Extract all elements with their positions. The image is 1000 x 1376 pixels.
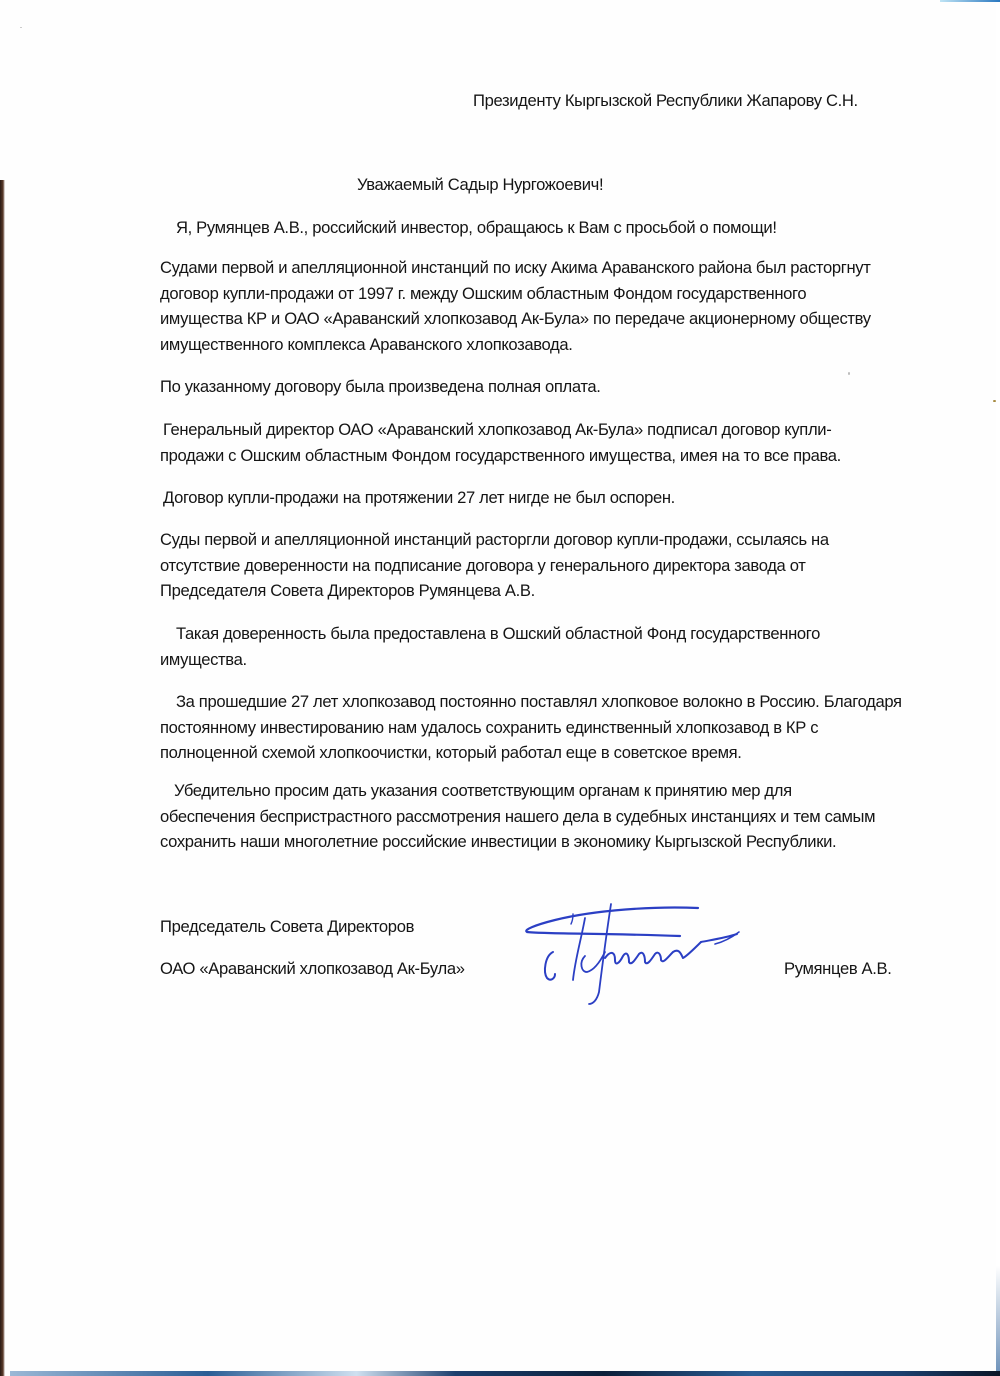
- signatory-company: ОАО «Араванский хлопкозавод Ак-Була»: [160, 956, 465, 982]
- paragraph-investment-history: За прошедшие 27 лет хлопкозавод постоянн…: [160, 689, 902, 766]
- paragraph-power-of-attorney-reason: Суды первой и апелляционной инстанций ра…: [160, 527, 829, 604]
- paragraph-power-of-attorney-provided: Такая доверенность была предоставлена в …: [160, 621, 820, 672]
- paragraph-line: Генеральный директор ОАО «Араванский хло…: [160, 417, 841, 443]
- paragraph-line: Судами первой и апелляционной инстанций …: [160, 255, 871, 281]
- scanned-letter-page: Президенту Кыргызской Республики Жапаров…: [0, 0, 1000, 1376]
- paragraph-line: договор купли-продажи от 1997 г. между О…: [160, 281, 871, 307]
- scan-speck: [20, 27, 22, 28]
- signatory-title: Председатель Совета Директоров: [160, 914, 414, 940]
- letter-intro: Я, Румянцев А.В., российский инвестор, о…: [176, 215, 777, 241]
- letter-greeting: Уважаемый Садыр Нургожоевич!: [357, 172, 603, 198]
- paragraph-line: имущества.: [160, 647, 820, 673]
- paragraph-line: По указанному договору была произведена …: [160, 374, 601, 400]
- paragraph-line: продажи с Ошским областным Фондом госуда…: [160, 443, 841, 469]
- paragraph-director-signed: Генеральный директор ОАО «Араванский хло…: [160, 417, 841, 468]
- paragraph-line: имущества КР и ОАО «Араванский хлопкозав…: [160, 306, 871, 332]
- paragraph-request: Убедительно просим дать указания соответ…: [160, 778, 875, 855]
- scan-edge-right: [996, 0, 1000, 1376]
- paragraph-line: Суды первой и апелляционной инстанций ра…: [160, 527, 829, 553]
- paragraph-line: Убедительно просим дать указания соответ…: [160, 778, 875, 804]
- paragraph-line: постоянному инвестированию нам удалось с…: [160, 715, 902, 741]
- paragraph-line: полноценной схемой хлопкоочистки, которы…: [160, 740, 902, 766]
- scan-speck: [848, 372, 850, 375]
- paragraph-line: Председателя Совета Директоров Румянцева…: [160, 578, 829, 604]
- paragraph-line: обеспечения беспристрастного рассмотрени…: [160, 804, 875, 830]
- paragraph-line: Договор купли-продажи на протяжении 27 л…: [160, 485, 675, 511]
- paragraph-line: отсутствие доверенности на подписание до…: [160, 553, 829, 579]
- paragraph-court-ruling: Судами первой и апелляционной инстанций …: [160, 255, 871, 357]
- signatory-name: Румянцев А.В.: [784, 956, 892, 982]
- paragraph-not-disputed: Договор купли-продажи на протяжении 27 л…: [160, 485, 675, 511]
- scan-edge-left: [0, 180, 5, 1376]
- handwritten-signature: [515, 900, 765, 1010]
- paragraph-line: Такая доверенность была предоставлена в …: [160, 621, 820, 647]
- paragraph-line: За прошедшие 27 лет хлопкозавод постоянн…: [160, 689, 902, 715]
- paragraph-line: сохранить наши многолетние российские ин…: [160, 829, 875, 855]
- letter-addressee: Президенту Кыргызской Республики Жапаров…: [473, 88, 858, 114]
- paragraph-payment: По указанному договору была произведена …: [160, 374, 601, 400]
- scan-edge-top: [940, 0, 1000, 2]
- scan-edge-bottom: [10, 1371, 1000, 1376]
- scan-speck: [993, 400, 996, 402]
- paragraph-line: имущественного комплекса Араванского хло…: [160, 332, 871, 358]
